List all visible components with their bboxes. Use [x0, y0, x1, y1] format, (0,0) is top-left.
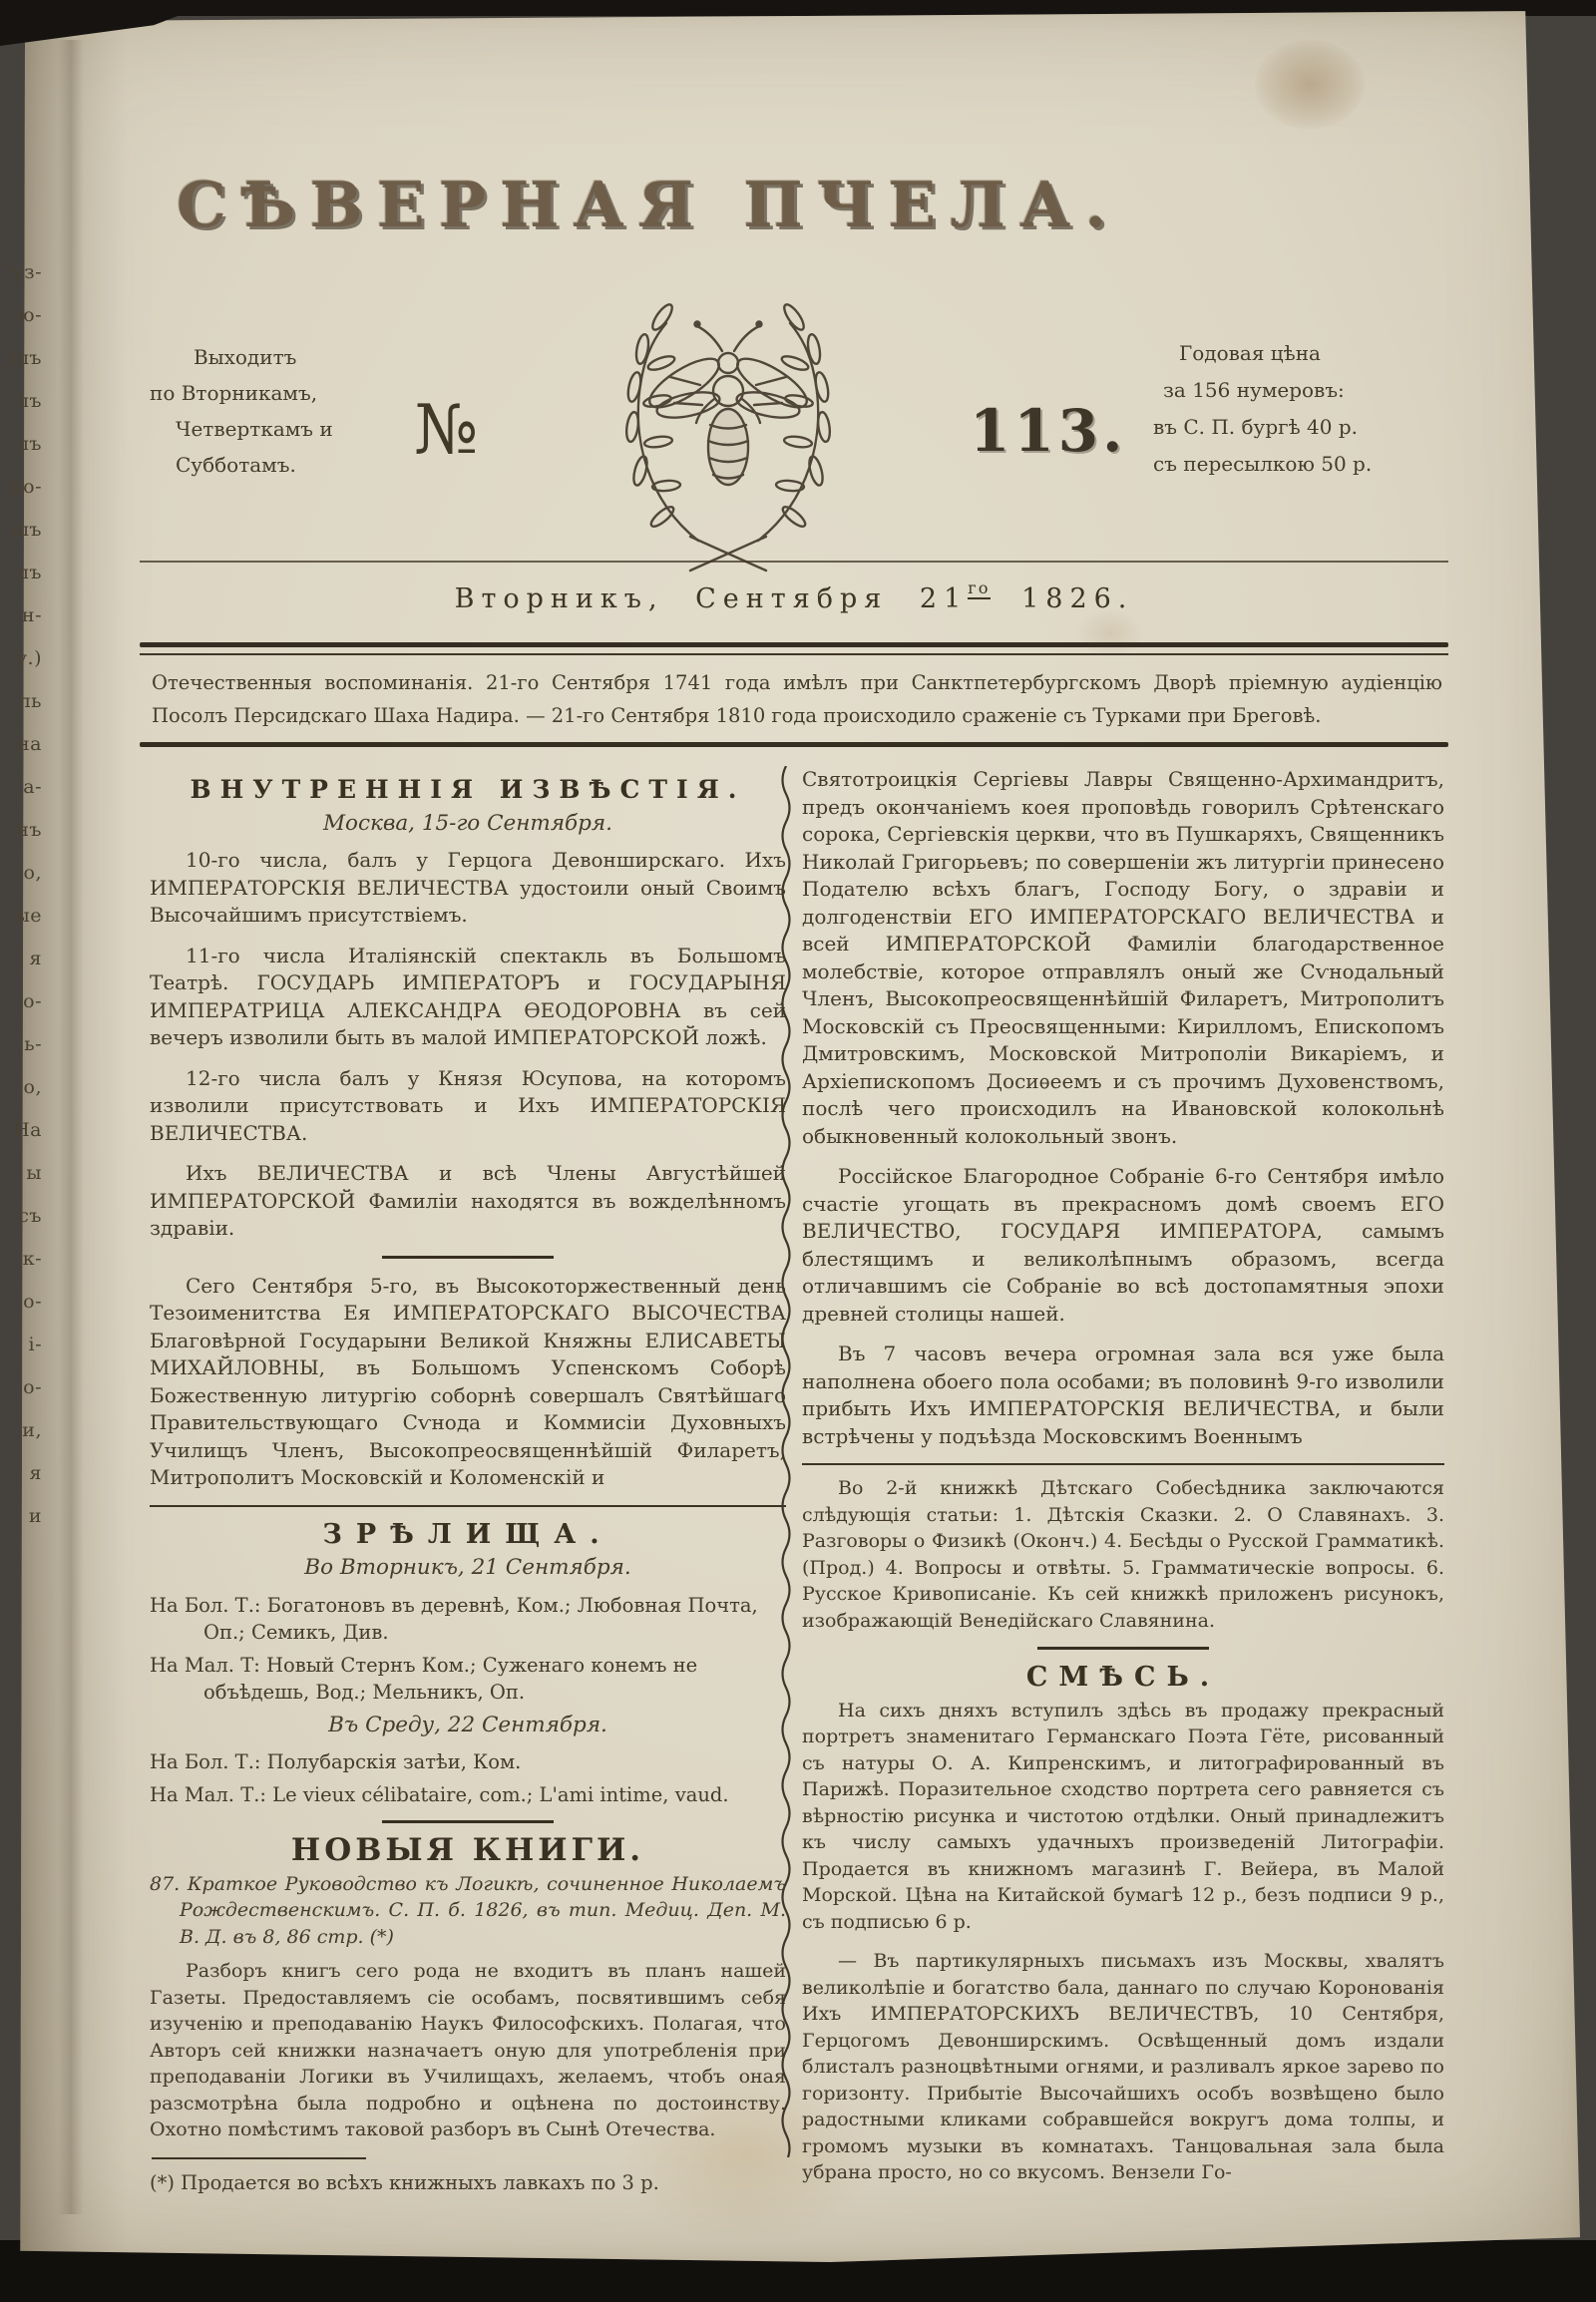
footnote-rule: [152, 2157, 366, 2159]
paragraph: 11-го числа Италіянскій спектакль въ Бол…: [150, 943, 786, 1052]
schedule-line: по Вторникамъ,: [150, 375, 459, 411]
issue-number: 113.: [970, 397, 1126, 465]
theatre-listing: На Бол. Т.: Богатоновъ въ деревнѣ, Ком.;…: [150, 1592, 786, 1646]
column-rule: [150, 1505, 786, 1507]
rule-above-columns: [140, 742, 1448, 747]
edge-text-fragment: на: [2, 723, 42, 766]
paragraph: Въ 7 часовъ вечера огромная зала вся уже…: [802, 1341, 1444, 1450]
schedule-line: Выходитъ: [150, 339, 459, 375]
section-heading-domestic-news: ВНУТРЕННІЯ ИЗВѢСТІЯ.: [150, 776, 786, 804]
column-divider-wavy-line: [777, 766, 795, 2157]
price-line: въ С. П. бургѣ 40 р.: [1153, 409, 1452, 446]
dateline-ordinal-suffix: го: [968, 578, 990, 599]
edge-text-fragment: лъ: [2, 423, 42, 466]
edge-text-fragment: к-: [2, 1238, 42, 1281]
section-divider-rule: [382, 1820, 554, 1823]
dateline-text: Вторникъ, Сентября 21: [455, 583, 969, 614]
edge-text-fragment: я: [2, 1452, 42, 1495]
edge-text-fragment: лъ: [2, 552, 42, 594]
rule-below-date-thick: [140, 642, 1448, 647]
paragraph: Россійское Благородное Собраніе 6-го Сен…: [802, 1163, 1444, 1328]
spectacles-day2: Въ Среду, 22 Сентября.: [150, 1712, 786, 1739]
edge-text-fragment: ю-: [2, 294, 42, 337]
publication-schedule: Выходитъ по Вторникамъ, Четверткамъ и Су…: [150, 339, 459, 483]
edge-text-fragment: и,: [2, 1409, 42, 1452]
right-column: Святотроицкія Сергіевы Лавры Священно-Ар…: [802, 766, 1444, 2199]
section-heading-new-books: НОВЫЯ КНИГИ.: [150, 1837, 786, 1865]
paragraph: 12-го числа балъ у Князя Юсупова, на кот…: [150, 1065, 786, 1148]
price-line: съ пересылкою 50 р.: [1153, 446, 1452, 483]
book-entry: 87. Краткое Руководство къ Логикѣ, сочин…: [150, 1871, 786, 1951]
edge-text-fragment: о-: [2, 1366, 42, 1409]
edge-text-fragment: ль: [2, 680, 42, 723]
newspaper-title: СѢВЕРНАЯ ПЧЕЛА.: [140, 168, 1157, 241]
edge-text-fragment: ые: [2, 895, 42, 938]
edge-text-fragment: ко-: [2, 466, 42, 509]
paragraph: На сихъ дняхъ вступилъ здѣсь въ продажу …: [802, 1698, 1444, 1936]
issue-dateline: Вторникъ, Сентября 21го 1826.: [140, 578, 1448, 614]
edge-text-fragment: На: [2, 1109, 42, 1152]
theatre-listing: На Мал. Т.: Le vieux célibataire, com.; …: [150, 1781, 786, 1808]
edge-text-fragment: о-: [2, 1281, 42, 1324]
schedule-line: Субботамъ.: [150, 447, 459, 483]
paragraph: 10-го числа, балъ у Герцога Девонширскаг…: [150, 847, 786, 930]
edge-text-fragment: ы: [2, 1152, 42, 1195]
book-review: Разборъ книгъ сего рода не входитъ въ пл…: [150, 1958, 786, 2143]
numero-sign: №: [414, 391, 478, 470]
section-heading-spectacles: ЗРѢЛИЩА.: [150, 1521, 786, 1549]
paragraph: — Въ партикулярныхъ письмахъ изъ Москвы,…: [802, 1948, 1444, 2186]
memorial-note: Отечественныя воспоминанія. 21-го Сентяб…: [152, 666, 1442, 732]
edge-text-fragment: я: [2, 938, 42, 980]
rule-below-date-thin: [140, 653, 1448, 655]
paragraph: Ихъ ВЕЛИЧЕСТВА и всѣ Члены Августѣйшей И…: [150, 1160, 786, 1243]
bee-laurel-emblem-icon: [559, 279, 898, 583]
edge-text-fragment: н-: [2, 594, 42, 637]
edge-text-fragment: и: [2, 1495, 42, 1538]
edge-text-fragment: ь-: [2, 1023, 42, 1066]
edge-text-fragment: о,: [2, 852, 42, 895]
left-column: ВНУТРЕННІЯ ИЗВѢСТІЯ. Москва, 15-го Сентя…: [150, 766, 786, 2196]
price-line: Годовая цѣна: [1153, 335, 1452, 372]
section-heading-miscellany: СМѢСЬ.: [802, 1664, 1444, 1692]
footnote: (*) Продается во всѣхъ книжныхъ лавкахъ …: [150, 2169, 786, 2197]
edge-text-fragment: съ: [2, 1195, 42, 1238]
books-notice: Во 2-й книжкѣ Дѣтскаго Собесѣдника заклю…: [802, 1475, 1444, 1634]
paper-stain: [1075, 608, 1145, 658]
edge-text-fragment: о,: [2, 1066, 42, 1109]
theatre-listing: На Бол. Т.: Полубарскія затѣи, Ком.: [150, 1748, 786, 1775]
rule-above-date: [140, 561, 1448, 563]
edge-text-fragment: а-: [2, 766, 42, 809]
paragraph: Святотроицкія Сергіевы Лавры Священно-Ар…: [802, 766, 1444, 1150]
fold-crease: [58, 40, 84, 2214]
schedule-line: Четверткамъ и: [150, 411, 459, 447]
domestic-news-dateline: Москва, 15-го Сентября.: [150, 810, 786, 838]
section-divider-rule: [1037, 1647, 1209, 1650]
spectacles-day1: Во Вторникъ, 21 Сентября.: [150, 1554, 786, 1582]
paper-stain: [1255, 40, 1365, 130]
edge-text-fragment: о-: [2, 980, 42, 1023]
edge-text-fragment: лъ: [2, 380, 42, 423]
paragraph: Сего Сентября 5-го, въ Высокоторжественн…: [150, 1273, 786, 1492]
previous-page-edge-text: уз-ю-шълълъко-шълън-у.)льнаа-нъо,ыеяо-ь-…: [2, 251, 42, 1538]
edge-text-fragment: нъ: [2, 809, 42, 852]
subscription-price: Годовая цѣна за 156 нумеровъ: въ С. П. б…: [1153, 335, 1452, 483]
column-rule: [802, 1463, 1444, 1465]
theatre-listing: На Мал. Т: Новый Стернъ Ком.; Суженаго к…: [150, 1652, 786, 1706]
edge-text-fragment: уз-: [2, 251, 42, 294]
price-line: за 156 нумеровъ:: [1153, 372, 1452, 409]
section-divider-rule: [382, 1256, 554, 1259]
edge-text-fragment: і-: [2, 1324, 42, 1366]
edge-text-fragment: шъ: [2, 337, 42, 380]
edge-text-fragment: шъ: [2, 509, 42, 552]
dateline-year: 1826.: [991, 583, 1134, 614]
edge-text-fragment: у.): [2, 637, 42, 680]
